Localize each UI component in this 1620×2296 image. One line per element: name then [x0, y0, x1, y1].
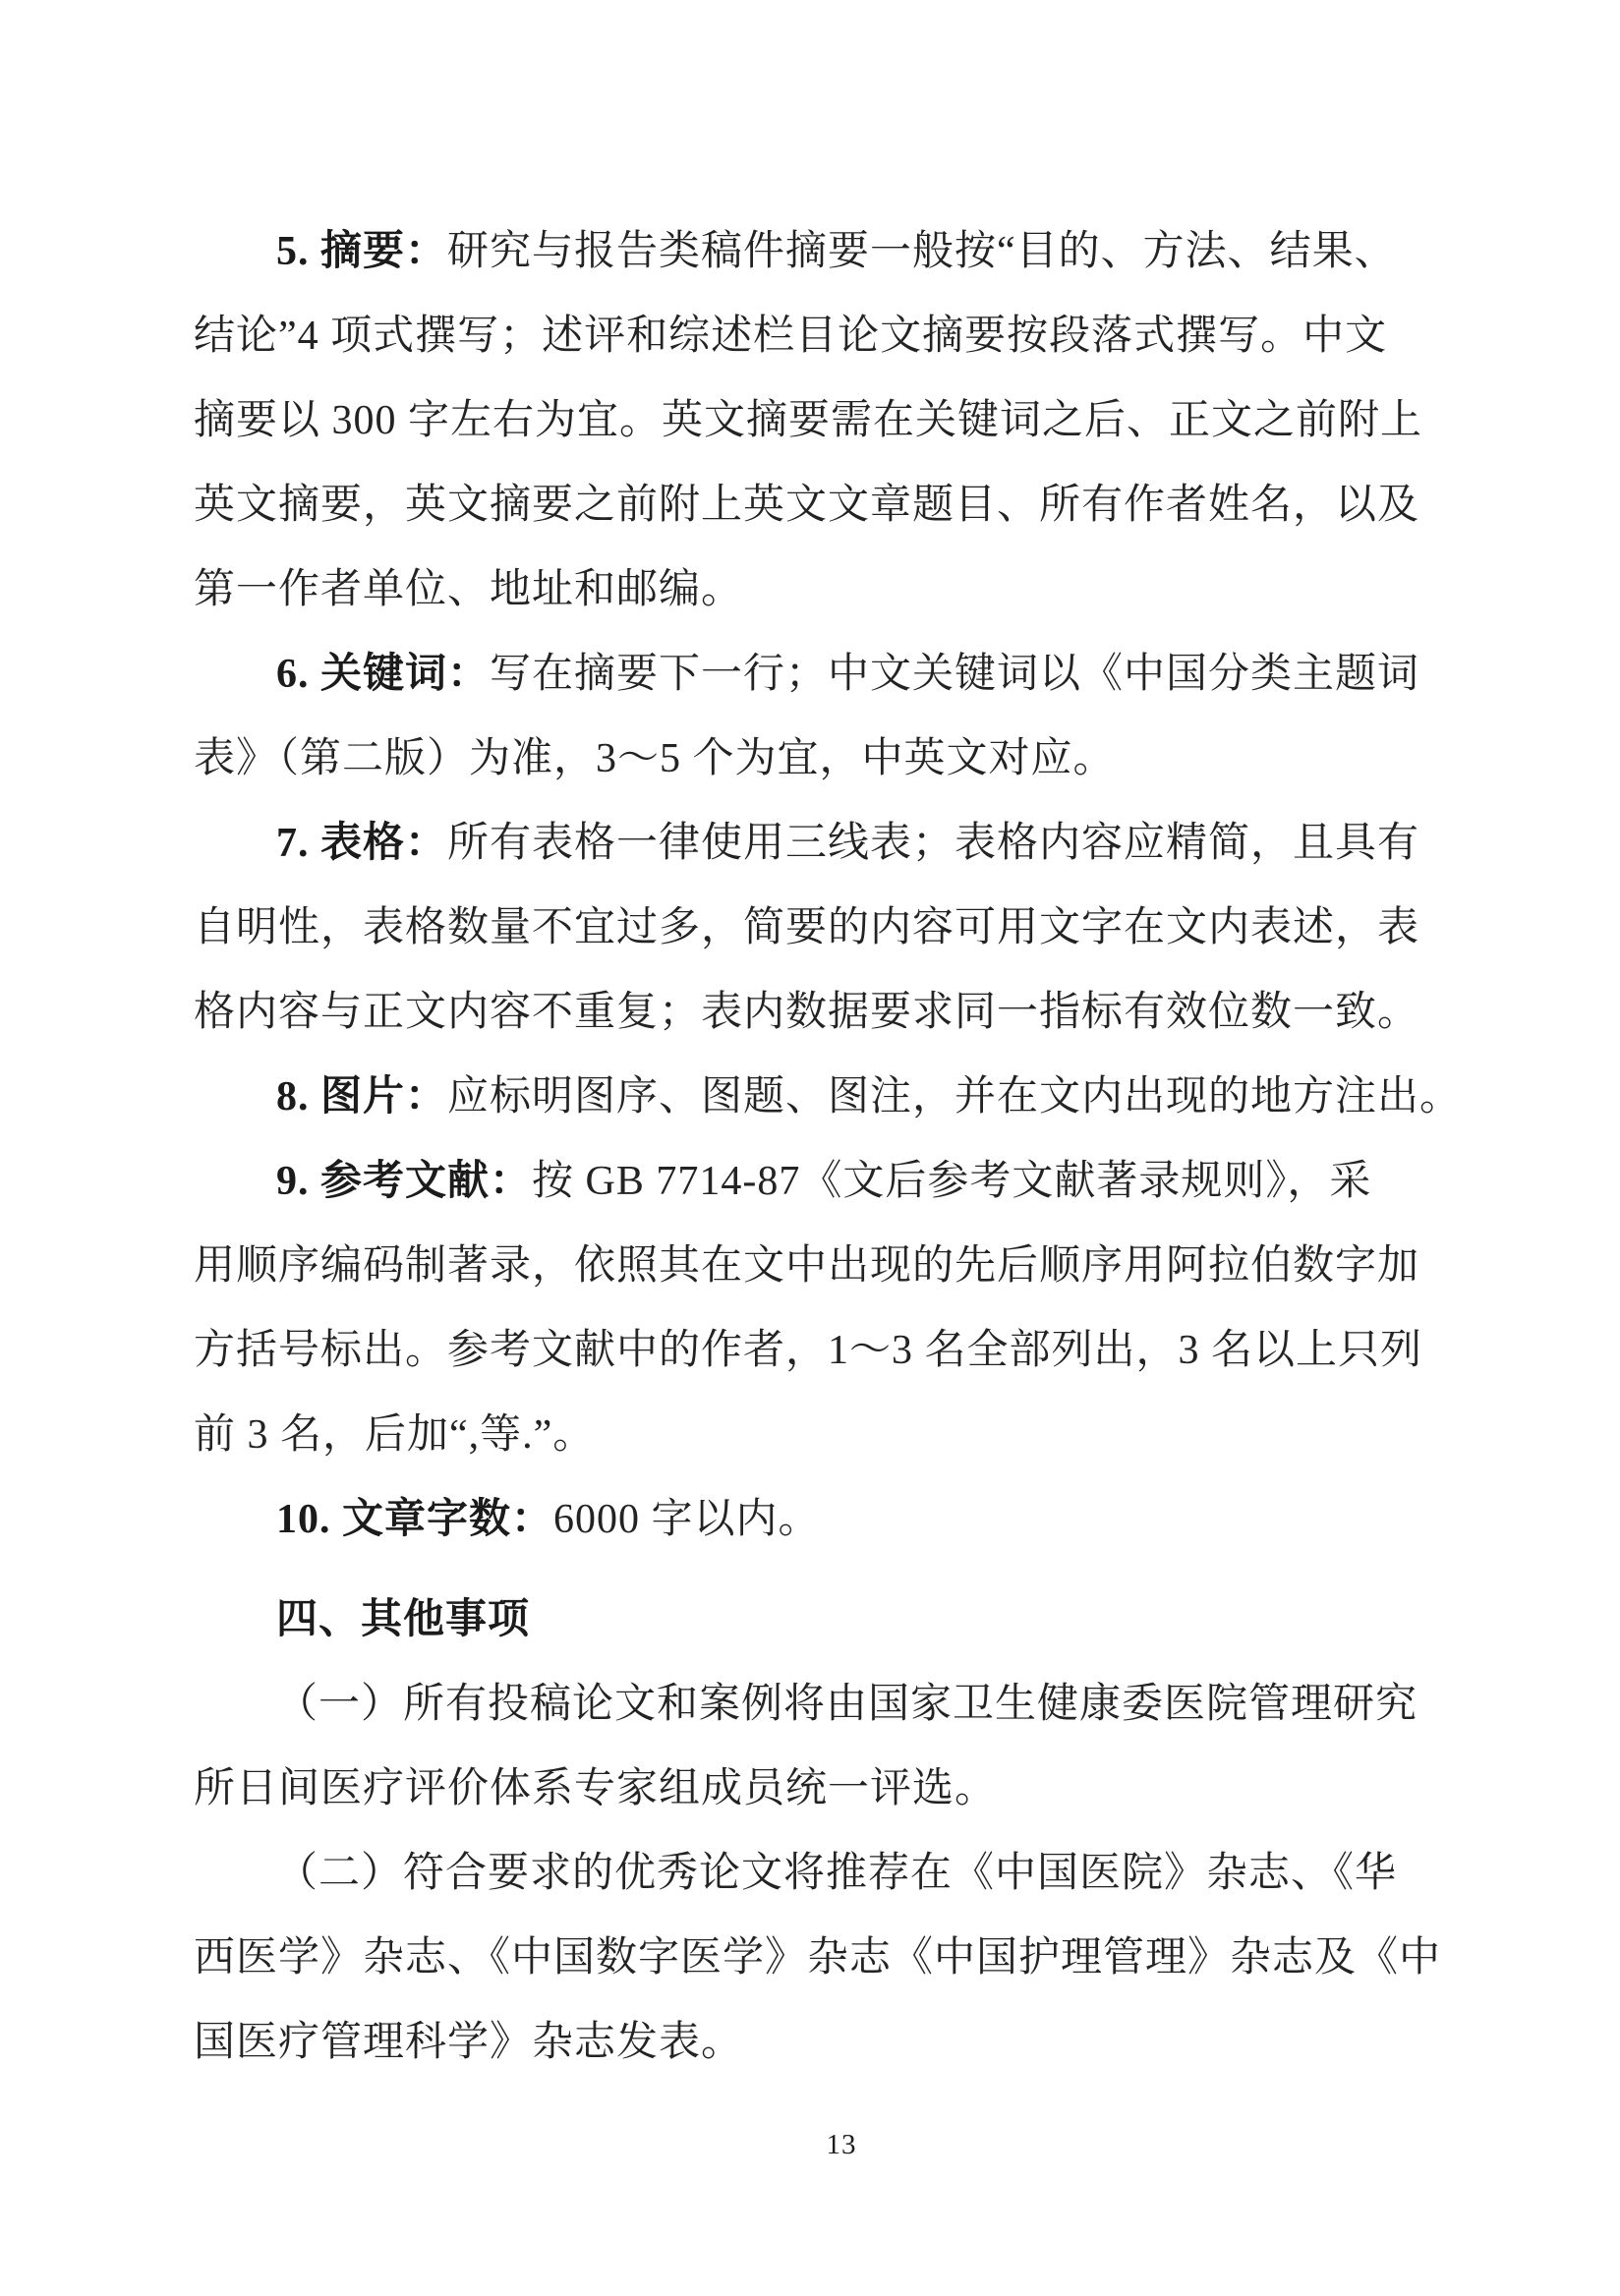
line-text: 写在摘要下一行；中文关键词以《中国分类主题词 — [490, 652, 1419, 697]
item-label: 7. 表格： — [276, 821, 447, 866]
line-text: 按 GB 7714-87《文后参考文献著录规则》，采 — [532, 1159, 1371, 1204]
text-line: 西医学》杂志、《中国数字医学》杂志《中国护理管理》杂志及《中 — [194, 1916, 1462, 2000]
item-label: 6. 关键词： — [276, 652, 490, 697]
item-label: 5. 摘要： — [276, 229, 447, 274]
text-line: 6. 关键词：写在摘要下一行；中文关键词以《中国分类主题词 — [194, 632, 1462, 717]
item-label: 9. 参考文献： — [276, 1159, 532, 1204]
text-line: 四、其他事项 — [194, 1578, 1462, 1662]
text-line: （二）符合要求的优秀论文将推荐在《中国医院》杂志、《华 — [194, 1831, 1462, 1916]
line-text: 第一作者单位、地址和邮编。 — [194, 567, 743, 612]
line-text: 西医学》杂志、《中国数字医学》杂志《中国护理管理》杂志及《中 — [194, 1935, 1441, 1980]
line-text: 6000 字以内。 — [553, 1497, 821, 1542]
line-text: 格内容与正文内容不重复；表内数据要求同一指标有效位数一致。 — [194, 990, 1419, 1035]
line-text: 摘要以 300 字左右为宜。英文摘要需在关键词之后、正文之前附上 — [194, 398, 1422, 443]
line-text: 英文摘要，英文摘要之前附上英文文章题目、所有作者姓名，以及 — [194, 483, 1419, 528]
line-text: 自明性，表格数量不宜过多，简要的内容可用文字在文内表述，表 — [194, 905, 1419, 950]
text-line: 自明性，表格数量不宜过多，简要的内容可用文字在文内表述，表 — [194, 886, 1462, 970]
item-label: 10. 文章字数： — [276, 1497, 553, 1542]
line-text: 用顺序编码制著录，依照其在文中出现的先后顺序用阿拉伯数字加 — [194, 1243, 1419, 1289]
text-line: 国医疗管理科学》杂志发表。 — [194, 2000, 1462, 2085]
document-body: 5. 摘要：研究与报告类稿件摘要一般按“目的、方法、结果、结论”4 项式撰写；述… — [194, 209, 1462, 2085]
line-text: 应标明图序、图题、图注，并在文内出现的地方注出。 — [447, 1074, 1462, 1119]
line-text: 表》（第二版）为准，3～5 个为宜，中英文对应。 — [194, 736, 1116, 781]
text-line: （一）所有投稿论文和案例将由国家卫生健康委医院管理研究 — [194, 1662, 1462, 1747]
text-line: 8. 图片：应标明图序、图题、图注，并在文内出现的地方注出。 — [194, 1055, 1462, 1139]
text-line: 前 3 名，后加“,等.”。 — [194, 1393, 1462, 1477]
line-text: 所日间医疗评价体系专家组成员统一评选。 — [194, 1766, 997, 1811]
text-line: 结论”4 项式撰写；述评和综述栏目论文摘要按段落式撰写。中文 — [194, 294, 1462, 378]
page-number: 13 — [827, 2125, 857, 2164]
text-line: 用顺序编码制著录，依照其在文中出现的先后顺序用阿拉伯数字加 — [194, 1224, 1462, 1308]
text-line: 格内容与正文内容不重复；表内数据要求同一指标有效位数一致。 — [194, 970, 1462, 1055]
line-text: （一）所有投稿论文和案例将由国家卫生健康委医院管理研究 — [276, 1682, 1417, 1727]
text-line: 9. 参考文献：按 GB 7714-87《文后参考文献著录规则》，采 — [194, 1139, 1462, 1224]
line-text: （二）符合要求的优秀论文将推荐在《中国医院》杂志、《华 — [276, 1851, 1397, 1896]
document-page: 5. 摘要：研究与报告类稿件摘要一般按“目的、方法、结果、结论”4 项式撰写；述… — [0, 0, 1620, 2296]
line-text: 前 3 名，后加“,等.”。 — [194, 1412, 595, 1458]
text-line: 所日间医疗评价体系专家组成员统一评选。 — [194, 1747, 1462, 1831]
text-line: 英文摘要，英文摘要之前附上英文文章题目、所有作者姓名，以及 — [194, 463, 1462, 547]
text-line: 7. 表格：所有表格一律使用三线表；表格内容应精简，且具有 — [194, 801, 1462, 886]
text-line: 摘要以 300 字左右为宜。英文摘要需在关键词之后、正文之前附上 — [194, 378, 1462, 463]
text-line: 第一作者单位、地址和邮编。 — [194, 547, 1462, 632]
text-line: 表》（第二版）为准，3～5 个为宜，中英文对应。 — [194, 717, 1462, 801]
line-text: 结论”4 项式撰写；述评和综述栏目论文摘要按段落式撰写。中文 — [194, 314, 1387, 359]
text-line: 方括号标出。参考文献中的作者，1～3 名全部列出，3 名以上只列 — [194, 1308, 1462, 1393]
text-line: 5. 摘要：研究与报告类稿件摘要一般按“目的、方法、结果、 — [194, 209, 1462, 294]
item-label: 8. 图片： — [276, 1074, 447, 1119]
item-label: 四、其他事项 — [276, 1597, 530, 1642]
line-text: 方括号标出。参考文献中的作者，1～3 名全部列出，3 名以上只列 — [194, 1328, 1422, 1373]
line-text: 国医疗管理科学》杂志发表。 — [194, 2020, 743, 2065]
text-line: 10. 文章字数：6000 字以内。 — [194, 1477, 1462, 1562]
line-text: 所有表格一律使用三线表；表格内容应精简，且具有 — [447, 821, 1419, 866]
line-text: 研究与报告类稿件摘要一般按“目的、方法、结果、 — [447, 229, 1397, 274]
